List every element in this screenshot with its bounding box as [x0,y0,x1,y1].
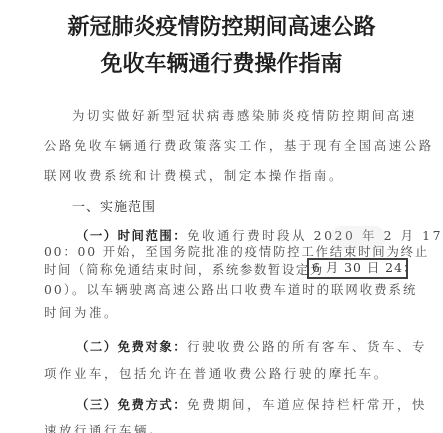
time-range-text: 免收通行费时段从 2020 年 2 月 17 日 [187,228,443,243]
document-title-line-2: 免收车辆通行费操作指南 [0,47,443,78]
free-target-line-2: 项作业车，包括允许在普通收费公路行驶的摩托车。 [44,366,396,382]
intro-line-1: 为切实做好新型冠状病毒感染肺炎疫情防控期间高速 [72,108,424,124]
section-heading-scope: 一、实施范围 [72,196,156,215]
highlighted-end-date: 6 月 30 日 24： [312,260,416,276]
free-target-label: （二）免费对象： [76,339,187,354]
free-method-text: 免费期间，车道应保持栏杆常开，快 [187,397,427,412]
time-range-line-4: 00）。以车辆驶离高速公路出口收费车道时的联网收费系统 [44,282,396,298]
free-method-line-1: （三）免费方式：免费期间，车道应保持栏杆常开，快 [76,397,428,413]
free-method-line-2: 速放行通行车辆。 [44,423,396,433]
time-range-line-5: 时间为准。 [44,305,396,321]
document-page: 新冠肺炎疫情防控期间高速公路 免收车辆通行费操作指南 为切实做好新型冠状病毒感染… [0,0,443,433]
free-method-label: （三）免费方式： [76,397,187,412]
intro-line-3: 联网收费系统和计费模式，制定本操作指南。 [44,168,396,184]
intro-line-2: 公路免收车辆通行费政策落实工作，基于现有全国高速公路 [44,138,396,154]
free-target-text: 行驶收费公路的所有客车、货车、专 [187,339,427,354]
free-target-line-1: （二）免费对象：行驶收费公路的所有客车、货车、专 [76,339,428,355]
time-range-label: （一）时间范围： [76,228,187,243]
document-title-line-1: 新冠肺炎疫情防控期间高速公路 [0,10,443,41]
